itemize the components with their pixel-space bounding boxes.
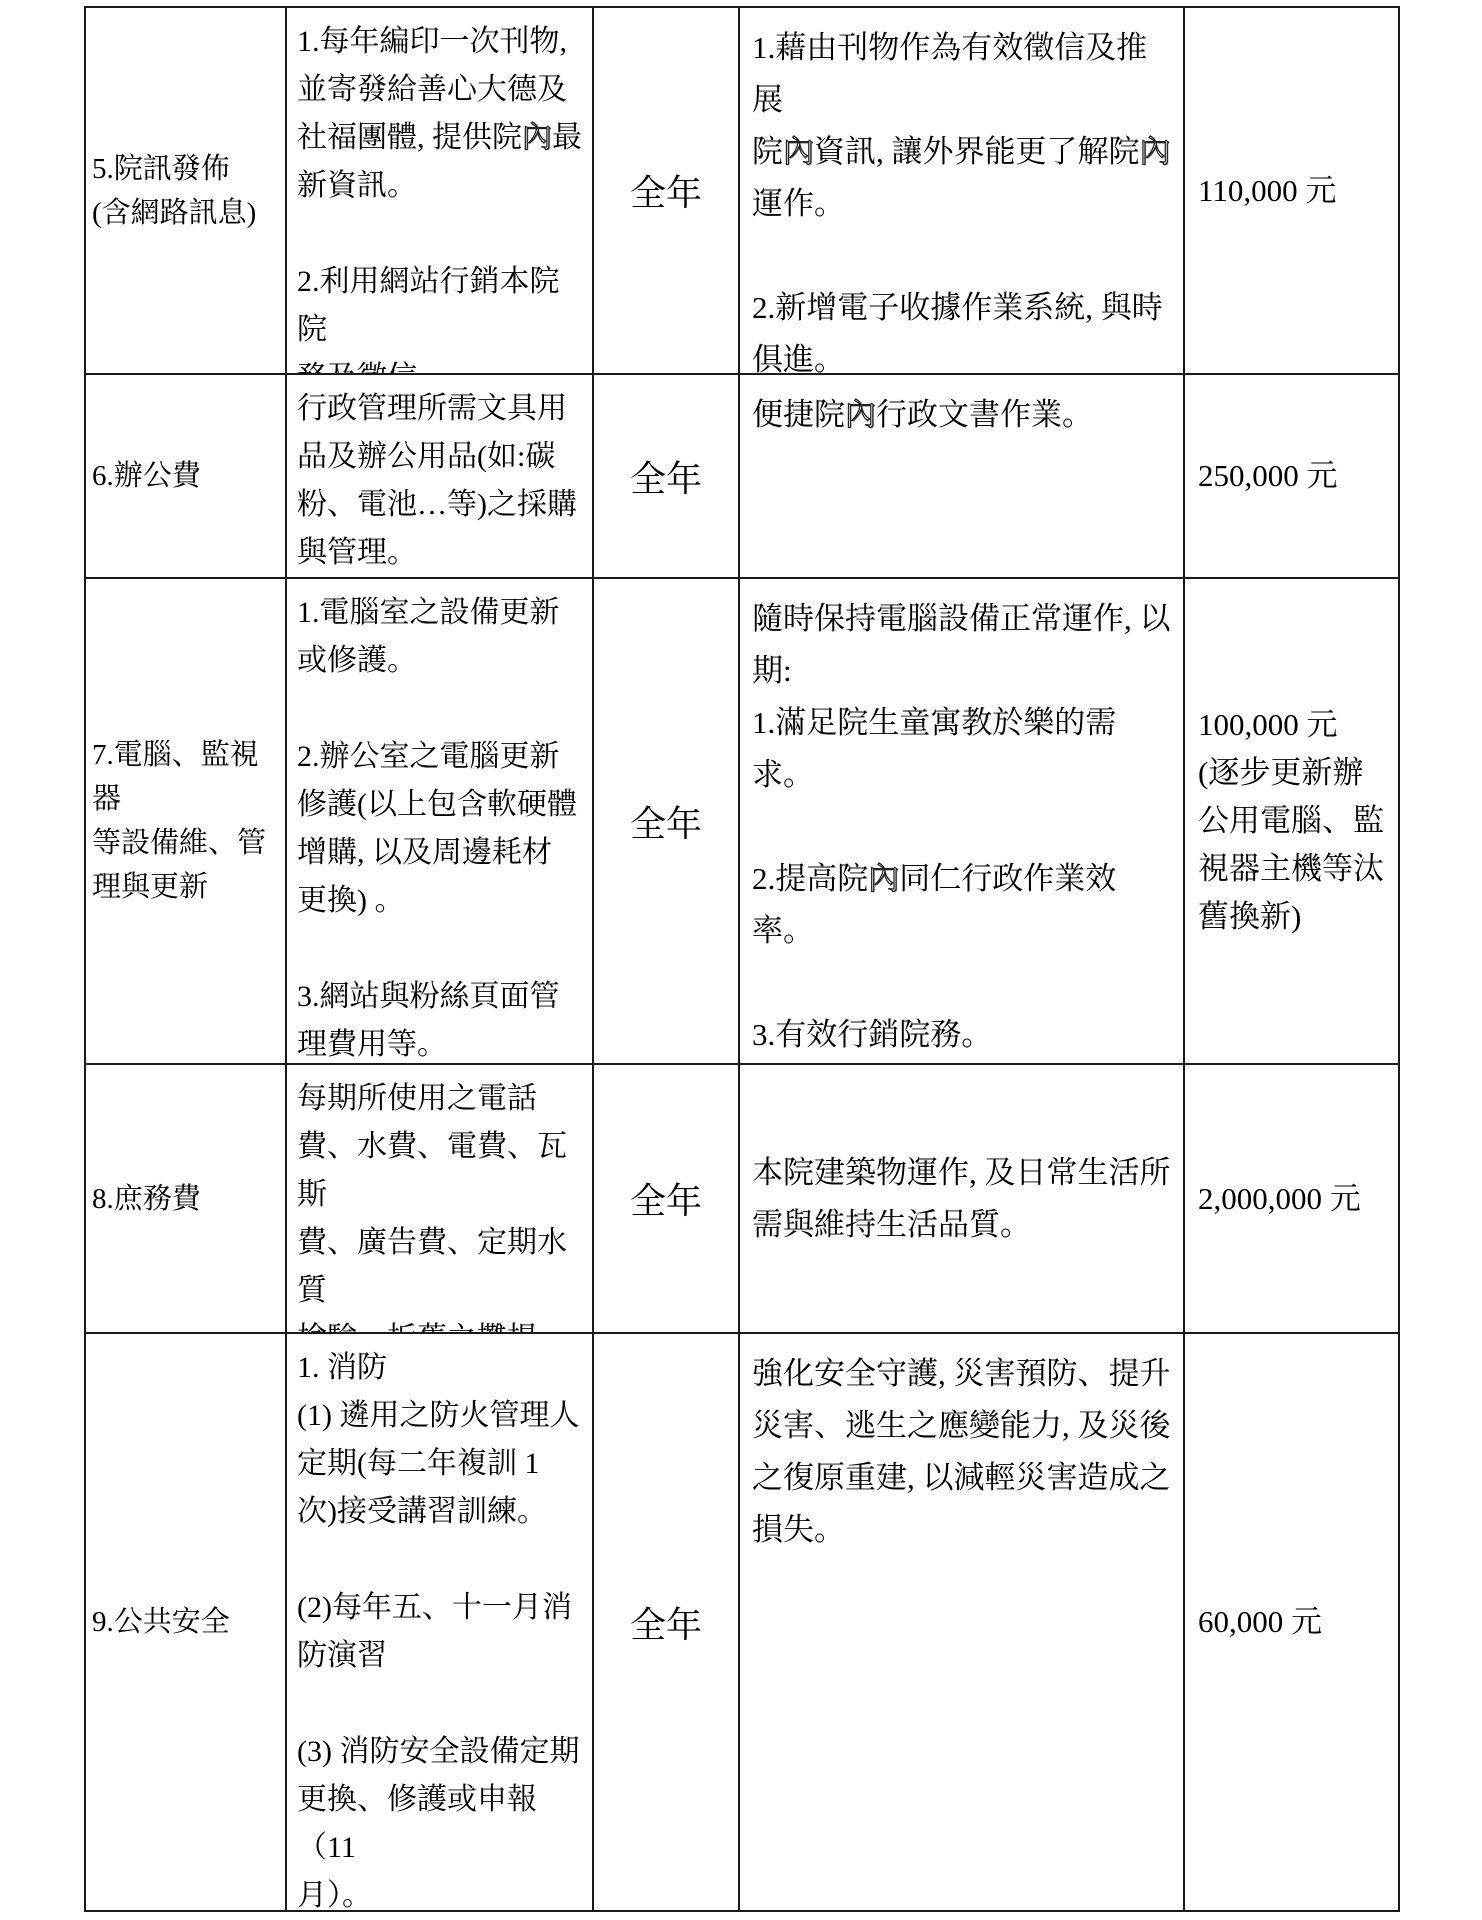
row7-description-cell: 1.電腦室之設備更新 或修護。 2.辦公室之電腦更新 修護(以上包含軟硬體 增購…: [287, 579, 594, 1065]
row8-effect-cell: 本院建築物運作, 及日常生活所 需與維持生活品質。: [740, 1065, 1185, 1334]
row6-effect-cell: 便捷院內行政文書作業。: [740, 375, 1185, 579]
row7-item-cell: 7.電腦、監視器 等設備維、管 理與更新: [86, 579, 287, 1065]
substituted-nei-glyph: 內: [1140, 134, 1171, 169]
row5-period-cell: 全年: [594, 8, 740, 375]
row9-period-cell: 全年: [594, 1334, 740, 1910]
substituted-nei-glyph: 內: [783, 134, 814, 169]
row9-budget-cell: 60,000 元: [1185, 1334, 1398, 1910]
row5-budget-cell: 110,000 元: [1185, 8, 1398, 375]
row6-item-cell: 6.辦公費: [86, 375, 287, 579]
row9-effect-cell: 強化安全守護, 災害預防、提升 災害、逃生之應變能力, 及災後 之復原重建, 以…: [740, 1334, 1185, 1910]
row7-effect-cell: 隨時保持電腦設備正常運作, 以 期: 1.滿足院生童寓教於樂的需求。 2.提高院…: [740, 579, 1185, 1065]
row9-item-cell: 9.公共安全: [86, 1334, 287, 1910]
row5-effect-cell: 1.藉由刊物作為有效徵信及推展 院內資訊, 讓外界能更了解院內 運作。 2.新增…: [740, 8, 1185, 375]
row8-description-cell: 每期所使用之電話 費、水費、電費、瓦斯 費、廣告費、定期水質 檢驗、折舊之攤提。: [287, 1065, 594, 1334]
row9-description-cell: 1. 消防 (1) 遴用之防火管理人 定期(每二年複訓 1 次)接受講習訓練。 …: [287, 1334, 594, 1910]
row8-budget-cell: 2,000,000 元: [1185, 1065, 1398, 1334]
row6-budget-cell: 250,000 元: [1185, 375, 1398, 579]
row6-description-cell: 行政管理所需文具用 品及辦公用品(如:碳 粉、電池…等)之採購 與管理。: [287, 375, 594, 579]
row7-budget-cell: 100,000 元 (逐步更新辦 公用電腦、監 視器主機等汰 舊換新): [1185, 579, 1398, 1065]
row8-item-cell: 8.庶務費: [86, 1065, 287, 1334]
substituted-nei-glyph: 內: [522, 121, 552, 154]
document-page: 5.院訊發佈 (含網路訊息) 1.每年編印一次刊物, 並寄發給善心大德及 社福團…: [0, 0, 1482, 1920]
row6-period-cell: 全年: [594, 375, 740, 579]
budget-table: 5.院訊發佈 (含網路訊息) 1.每年編印一次刊物, 並寄發給善心大德及 社福團…: [84, 6, 1400, 1912]
row8-period-cell: 全年: [594, 1065, 740, 1334]
row5-item-cell: 5.院訊發佈 (含網路訊息): [86, 8, 287, 375]
substituted-nei-glyph: 內: [845, 397, 876, 432]
row5-description-cell: 1.每年編印一次刊物, 並寄發給善心大德及 社福團體, 提供院內最 新資訊。 2…: [287, 8, 594, 375]
substituted-nei-glyph: 內: [868, 861, 899, 896]
row7-period-cell: 全年: [594, 579, 740, 1065]
